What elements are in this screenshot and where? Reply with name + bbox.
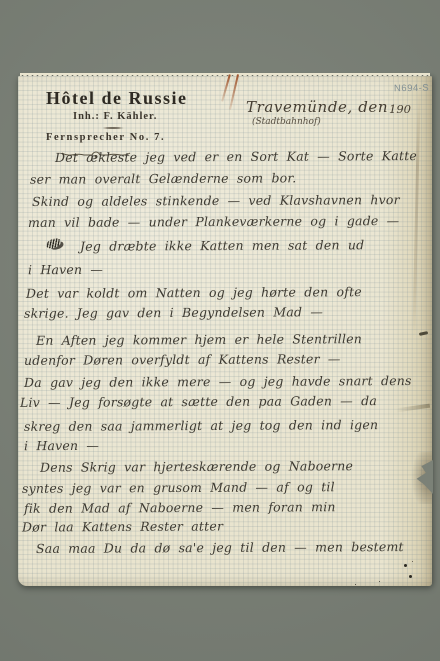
- letter-sheet: N694-S Hôtel de Russie Inh.: F. Kähler. …: [18, 76, 432, 586]
- catalog-number: N694-S: [394, 83, 429, 95]
- handwriting-line: fik den Mad af Naboerne — men foran min: [24, 499, 336, 516]
- handwriting-line: Liv — Jeg forsøgte at sætte den paa Gade…: [20, 393, 377, 410]
- handwriting-line: skreg den saa jammerligt at jeg tog den …: [24, 417, 378, 434]
- letterhead-proprietor: Inh.: F. Kähler.: [73, 111, 157, 122]
- handwriting-line: udenfor Døren overfyldt af Kattens Reste…: [24, 351, 341, 368]
- letterhead-phone: Fernsprecher No. 7.: [46, 132, 165, 143]
- rust-stain-mark: [229, 74, 239, 110]
- paper-crease: [412, 90, 420, 340]
- handwriting-line: syntes jeg var en grusom Mand — af og ti…: [22, 479, 335, 496]
- handwriting-line: Skind og aldeles stinkende — ved Klavsha…: [32, 192, 400, 209]
- letterhead-station-note: (Stadtbahnhof): [252, 117, 321, 127]
- paper-crease: [396, 404, 430, 413]
- handwriting-line: En Aften jeg kommer hjem er hele Stentri…: [36, 331, 362, 348]
- handwriting-line: i Haven —: [28, 262, 103, 277]
- handwriting-line: Det ækleste jeg ved er en Sort Kat — Sor…: [55, 148, 417, 165]
- letterhead-rule: [102, 127, 124, 129]
- handwriting-line: skrige. Jeg gav den i Begyndelsen Mad —: [24, 304, 323, 321]
- letterhead-year-prefix: 190: [389, 102, 411, 116]
- ink-blot-scribble: [45, 237, 62, 249]
- handwriting-line: Dør laa Kattens Rester atter: [22, 518, 223, 534]
- edge-ink-mark: [419, 331, 428, 336]
- handwriting-line: Saa maa Du da dø sa'e jeg til den — men …: [36, 539, 404, 556]
- rust-stain-mark: [221, 74, 231, 101]
- handwriting-line: Dens Skrig var hjerteskærende og Naboern…: [40, 458, 353, 475]
- photo-backdrop: N694-S Hôtel de Russie Inh.: F. Kähler. …: [0, 0, 440, 661]
- handwriting-line: Jeg dræbte ikke Katten men sat den ud: [80, 237, 364, 253]
- handwriting-line: i Haven —: [24, 438, 99, 453]
- ink-specks: [404, 564, 407, 567]
- handwriting-line: Det var koldt om Natten og jeg hørte den…: [26, 284, 362, 301]
- handwriting-line: man vil bade — under Plankeværkerne og i…: [28, 213, 399, 230]
- handwriting-line: Da gav jeg den ikke mere — og jeg havde …: [24, 373, 412, 390]
- letterhead-place-date: Travemünde, den: [246, 98, 388, 116]
- handwriting-line: ser man overalt Gelænderne som bor.: [30, 170, 296, 186]
- letterhead-hotel-name: Hôtel de Russie: [46, 88, 188, 109]
